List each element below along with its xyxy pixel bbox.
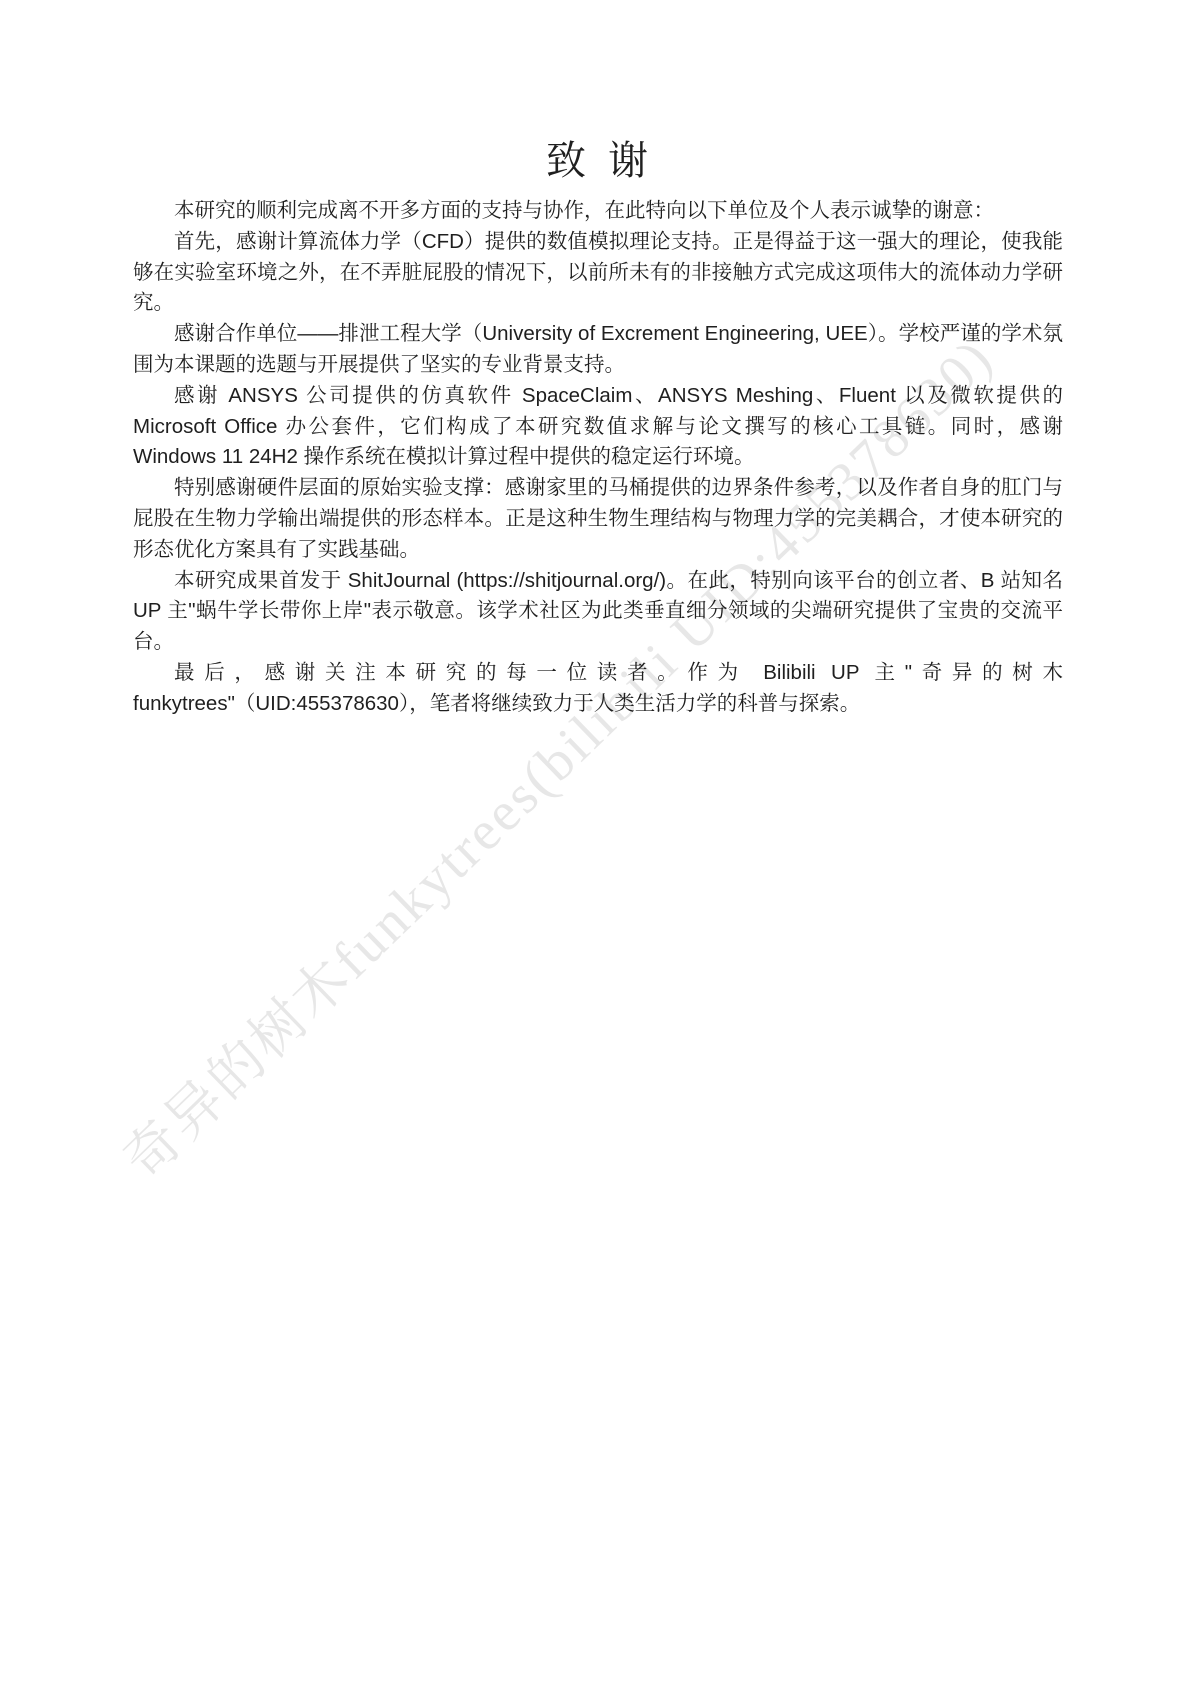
paragraph-intro: 本研究的顺利完成离不开多方面的支持与协作，在此特向以下单位及个人表示诚挚的谢意： bbox=[133, 196, 1063, 227]
acknowledgments-section: 致谢 本研究的顺利完成离不开多方面的支持与协作，在此特向以下单位及个人表示诚挚的… bbox=[133, 138, 1063, 720]
paragraph-cfd-theory: 首先，感谢计算流体力学（CFD）提供的数值模拟理论支持。正是得益于这一强大的理论… bbox=[133, 227, 1063, 319]
paragraph-software: 感谢 ANSYS 公司提供的仿真软件 SpaceClaim、ANSYS Mesh… bbox=[133, 381, 1063, 473]
page-title: 致谢 bbox=[133, 138, 1063, 184]
document-page: 奇异的树木funkytrees(bilibili UID:455378630) … bbox=[0, 0, 1190, 1683]
paragraph-readers: 最后，感谢关注本研究的每一位读者。作为 Bilibili UP 主"奇异的树木 … bbox=[133, 658, 1063, 720]
body-text: 本研究的顺利完成离不开多方面的支持与协作，在此特向以下单位及个人表示诚挚的谢意：… bbox=[133, 196, 1063, 720]
paragraph-hardware: 特别感谢硬件层面的原始实验支撑：感谢家里的马桶提供的边界条件参考，以及作者自身的… bbox=[133, 473, 1063, 565]
paragraph-journal: 本研究成果首发于 ShitJournal (https://shitjourna… bbox=[133, 566, 1063, 658]
paragraph-university: 感谢合作单位——排泄工程大学（University of Excrement E… bbox=[133, 319, 1063, 381]
